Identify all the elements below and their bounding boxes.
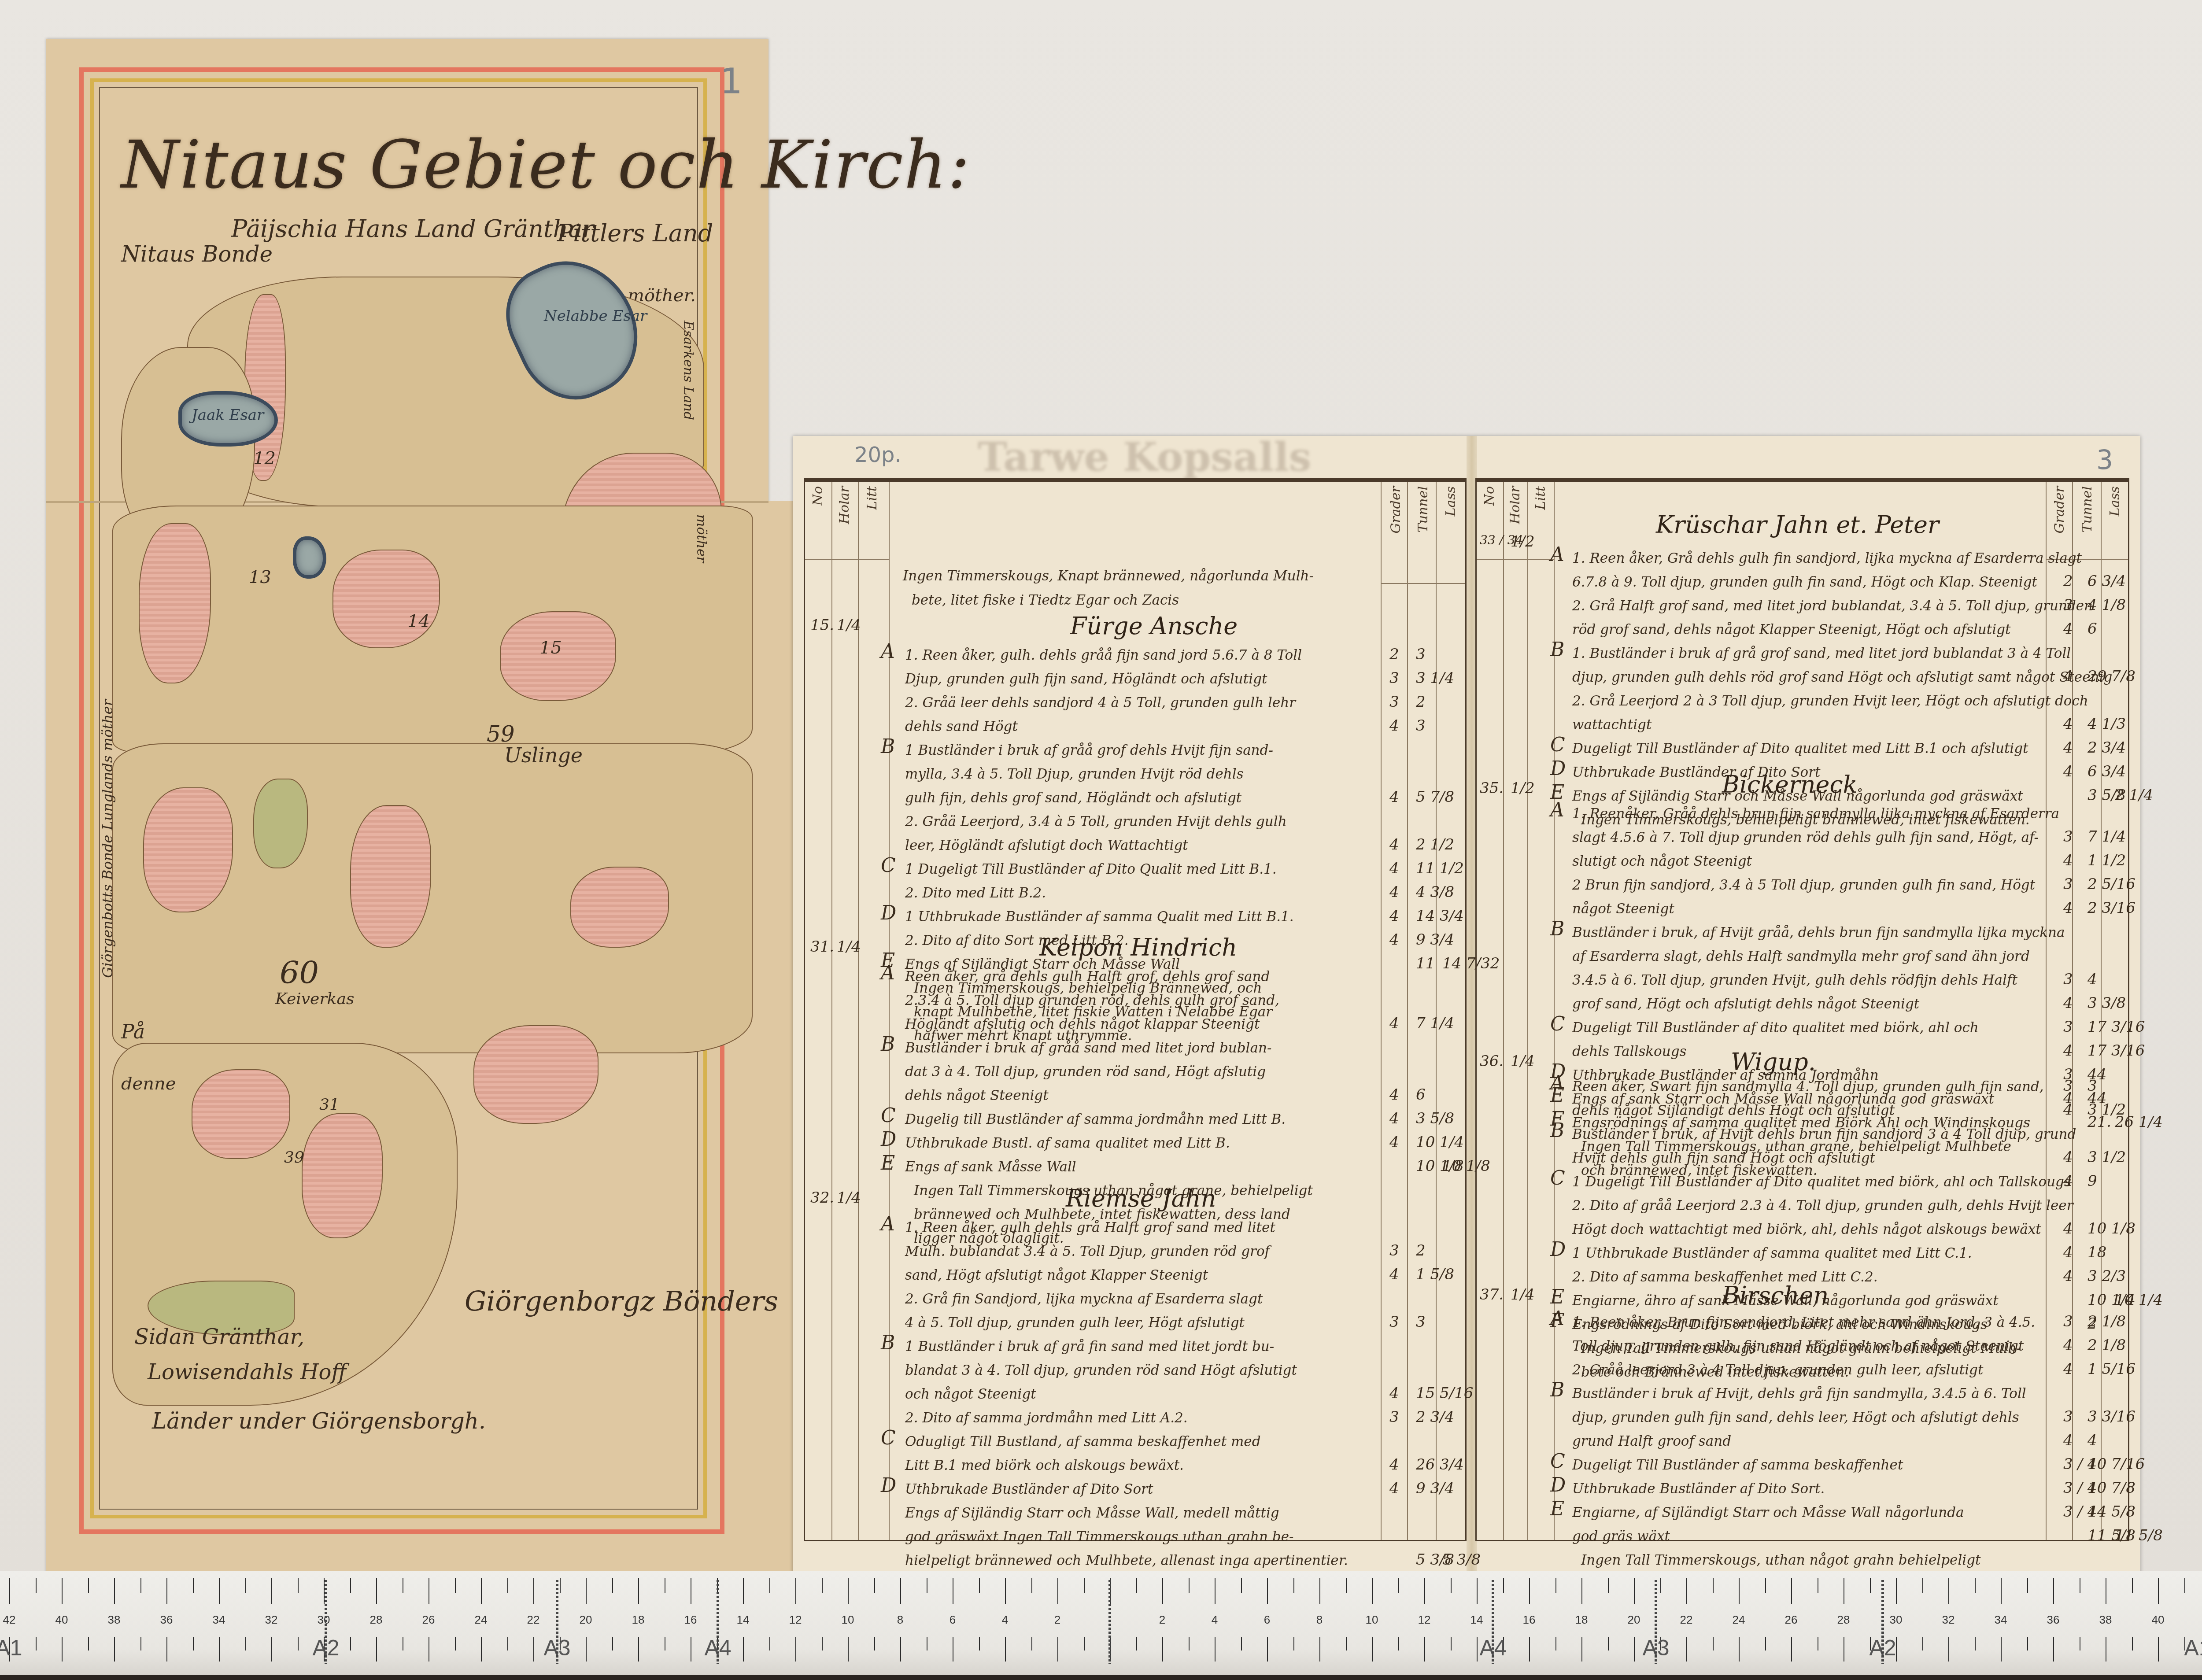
ruler-tick	[2158, 1578, 2159, 1604]
ruler-tick	[62, 1637, 63, 1662]
entry-line: 1 Bustländer i bruk af grå fin sand med …	[905, 1334, 1274, 1359]
entry-holar: 1/4	[837, 938, 861, 956]
litt-letter: E	[881, 1152, 895, 1174]
tunnel-value: 9	[2087, 1172, 2097, 1190]
grader-value: 4	[1389, 717, 1399, 735]
tunnel-value: 11 1/2	[1416, 860, 1464, 877]
ruler-tick	[560, 1578, 561, 1593]
ruler-tick-label: 20	[580, 1613, 592, 1627]
grader-value: 4	[2063, 852, 2073, 869]
ruler-tick-label: 14	[1470, 1613, 1483, 1627]
litt-letter: A	[1550, 799, 1564, 821]
ruler-tick	[2132, 1637, 2133, 1650]
ruler-tick	[1634, 1637, 1635, 1662]
tunnel-value: 11	[1416, 955, 1435, 972]
ruler-tick	[376, 1578, 377, 1604]
ruler-tick	[586, 1637, 587, 1662]
ruler-tick-label: 30	[1890, 1613, 1903, 1627]
ledger-spread: 20p. Tarwe Kopsalls No Holar Litt Grader…	[793, 436, 2140, 1577]
ruler-tick	[665, 1578, 665, 1593]
map-label-west-border: Giörgenbotts Bonde Lunglands möther	[99, 699, 116, 978]
ruler-tick	[507, 1578, 508, 1593]
grader-value: 4	[1389, 1110, 1399, 1127]
entry-line: 6.7.8 à 9. Toll djup, grunden gulh fin s…	[1572, 570, 2037, 594]
ruler-tick	[1922, 1578, 1923, 1593]
ruler-tick	[1346, 1578, 1347, 1593]
ruler-tick	[140, 1578, 141, 1593]
ruler-tick-label: 36	[2047, 1613, 2060, 1627]
ruler-tick-label: 38	[108, 1613, 121, 1627]
tunnel-value: 6	[1416, 1086, 1426, 1104]
section-title: Bickerneck	[1722, 771, 1857, 798]
ruler-tick-label: 24	[475, 1613, 488, 1627]
ruler-tick-label: 34	[1995, 1613, 2007, 1627]
entry-line: 2 Brun fijn sandjord, 3.4 à 5 Toll djup,…	[1572, 873, 2035, 897]
ruler-tick-label: 26	[422, 1613, 435, 1627]
section-title: Krüschar Jahn et. Peter	[1656, 511, 1939, 539]
pencil-page-number: 1	[720, 61, 743, 102]
ruler-tick	[2080, 1637, 2080, 1650]
entry-line: Uthbrukade Bustländer af Dito Sort	[905, 1477, 1153, 1502]
ruler-tick-label: 36	[160, 1613, 173, 1627]
tunnel-value: 7 1/4	[2087, 828, 2126, 846]
ruler-tick	[455, 1578, 456, 1593]
paper-size-marker	[556, 1580, 558, 1664]
grader-value: 4	[1389, 1015, 1399, 1032]
map-label-pa: På	[121, 1021, 145, 1043]
section-title: Keipon Hindrich	[1039, 934, 1237, 961]
ruler-center-marker	[1108, 1580, 1111, 1664]
ruler-tick	[1581, 1578, 1582, 1604]
entry-line: 2. Gråå leerjord 3 à 4 Toll djup, grunde…	[1572, 1358, 1983, 1382]
grader-value: 4	[2063, 994, 2073, 1012]
ruler-tick	[927, 1637, 927, 1650]
grader-value: 4	[1389, 931, 1399, 949]
map-number-60: 60	[280, 955, 319, 991]
ruler-tick-label: 32	[265, 1613, 278, 1627]
entry-line: 2. Gråä Leerjord, 3.4 à 5 Toll, grunden …	[905, 809, 1287, 834]
col-header-holar: Holar	[837, 486, 852, 524]
section-note: Ingen Tall Timmerskougs, uthan något gra…	[1581, 1548, 1981, 1573]
entry-no: 36.	[1480, 1052, 1504, 1070]
litt-letter: C	[1550, 1013, 1565, 1035]
ruler-tick	[1922, 1637, 1923, 1650]
ruler-tick	[507, 1637, 508, 1650]
ruler-tick-label: 40	[2152, 1613, 2165, 1627]
paper-size-marker	[325, 1580, 327, 1664]
map-label-lander: Länder under Giörgensborgh.	[152, 1408, 486, 1434]
entry-line: slagt 4.5.6 à 7. Toll djup grunden röd d…	[1572, 825, 2039, 850]
entry-line: gulh fijn, dehls grof sand, Högländt och…	[905, 786, 1241, 810]
ruler-tick	[245, 1578, 246, 1593]
ruler-tick	[2001, 1637, 2002, 1662]
map-label-60: Keiverkas	[275, 990, 354, 1008]
ruler-tick	[36, 1578, 37, 1593]
entry-line: dehls något Steenigt	[905, 1083, 1049, 1108]
entry-line: Toll djup, grunden gulh, fijn sand Höglä…	[1572, 1334, 2024, 1359]
entry-line: dehls sand Högt	[905, 714, 1018, 739]
ruler-tick-label: 28	[1837, 1613, 1850, 1627]
ruler-tick	[1503, 1578, 1504, 1593]
ruler-tick	[1765, 1578, 1766, 1593]
measuring-ruler: 4240383634323028262422201816141210864224…	[0, 1571, 2202, 1680]
entry-holar: 1/4	[837, 1189, 861, 1207]
ruler-tick-label: 4	[1002, 1613, 1008, 1627]
entry-no: 15.	[810, 617, 834, 634]
ruler-tick	[1451, 1578, 1452, 1593]
entry-line: 1. Reenåker, Gråå dehls brun fijn sandmy…	[1572, 801, 2059, 826]
ruler-tick	[1791, 1637, 1792, 1662]
ruler-tick-label: 34	[213, 1613, 225, 1627]
map-land-area	[112, 277, 751, 1422]
entry-no: 35.	[1480, 779, 1504, 797]
ruler-tick	[376, 1637, 377, 1662]
ruler-tick	[1005, 1637, 1006, 1662]
ruler-tick	[2053, 1637, 2054, 1662]
ruler-tick	[1477, 1637, 1478, 1662]
ruler-tick	[1529, 1637, 1530, 1662]
ruler-tick	[1555, 1578, 1556, 1593]
ruler-tick	[1660, 1578, 1661, 1593]
ruler-tick	[1713, 1578, 1714, 1593]
tunnel-value: 4 1/8	[2087, 596, 2126, 614]
paper-size-marker	[1655, 1580, 1657, 1664]
tunnel-value: 9 3/4	[1416, 1480, 1454, 1497]
grader-value: 4	[1389, 1480, 1399, 1497]
pond	[293, 536, 326, 579]
ruler-tick	[1319, 1637, 1320, 1662]
ruler-tick	[403, 1578, 403, 1593]
ruler-tick	[429, 1637, 429, 1662]
tunnel-value: 3	[1416, 1313, 1426, 1331]
ruler-tick	[114, 1637, 115, 1662]
ruler-tick	[953, 1637, 953, 1662]
litt-letter: B	[1550, 639, 1564, 661]
tunnel-value: 14 5/8	[2087, 1503, 2135, 1521]
ruler-tick	[638, 1637, 639, 1662]
map-label-giorgenborg: Giörgenborgz Bönders	[465, 1285, 778, 1317]
grader-value: 3	[2063, 828, 2073, 846]
ruler-tick	[691, 1637, 691, 1662]
map-number-12: 12	[253, 448, 276, 469]
tunnel-value: 3 1/2	[2087, 1101, 2126, 1119]
entry-line: dehls något Sijländigt dehls Högt och af…	[1572, 1098, 1895, 1123]
entry-line: grund Halft groof sand	[1572, 1429, 1731, 1454]
tunnel-value: 3 1/2	[2087, 1148, 2126, 1166]
entry-line: 2. Gråä leer dehls sandjord 4 à 5 Toll, …	[905, 690, 1296, 715]
ruler-tick-label: 30	[318, 1613, 330, 1627]
ruler-tick-label: 32	[1942, 1613, 1955, 1627]
ruler-tick	[166, 1578, 167, 1604]
ruler-tick	[1057, 1578, 1058, 1604]
ruler-tick-label: 28	[370, 1613, 383, 1627]
ruler-tick	[1189, 1637, 1190, 1650]
ruler-tick-label: 8	[897, 1613, 903, 1627]
tunnel-value: 29 7/8	[2087, 668, 2135, 685]
ruler-tick	[1215, 1578, 1216, 1604]
ruler-tick	[1136, 1637, 1137, 1650]
ruler-tick	[1241, 1578, 1242, 1593]
litt-letter: C	[1550, 1450, 1565, 1473]
tunnel-value: 6 3/4	[2087, 763, 2126, 780]
ruler-tick	[114, 1578, 115, 1604]
grader-value: 4	[2063, 1042, 2073, 1060]
ruler-tick	[927, 1578, 927, 1593]
col-header-lass: Lass	[2107, 486, 2123, 517]
ruler-tick	[36, 1637, 37, 1650]
entry-line: wattachtigt	[1572, 713, 1651, 737]
ruler-tick	[193, 1637, 194, 1650]
ruler-tick	[403, 1637, 403, 1650]
grader-value: 4	[2063, 739, 2073, 757]
ruler-tick	[1293, 1637, 1294, 1650]
tunnel-value: 3 3/8	[2087, 994, 2126, 1012]
grader-value: 3	[1389, 1242, 1399, 1259]
ruler-tick	[1948, 1637, 1949, 1662]
entry-line: 1. Reen åker, gulh. dehls gråå fijn sand…	[905, 643, 1302, 668]
entry-line: Uthbrukade Bustländer af Dito Sort.	[1572, 1477, 1825, 1501]
ruler-tick	[1765, 1637, 1766, 1650]
ruler-tick	[1818, 1578, 1818, 1593]
grader-value: 4	[2063, 1148, 2073, 1166]
map-number-14: 14	[407, 611, 430, 631]
ruler-tick	[62, 1578, 63, 1604]
tunnel-value: 4 3/8	[1416, 883, 1454, 901]
entry-line: 4 à 5. Toll djup, grunden gulh leer, Hög…	[905, 1311, 1245, 1335]
ruler-tick	[1477, 1578, 1478, 1604]
tunnel-value: 18	[2087, 1244, 2106, 1261]
litt-letter: A	[881, 640, 895, 663]
paper-size-marker	[1881, 1580, 1884, 1664]
entry-line: 1 Dugeligt Till Bustländer af Dito quali…	[1572, 1170, 2071, 1194]
litt-letter: A	[881, 1213, 895, 1235]
tunnel-value: 2 1/2	[1416, 836, 1454, 853]
entry-line: något Steenigt	[1572, 897, 1674, 921]
entry-line: Odugligt Till Bustland, af samma beskaff…	[905, 1429, 1261, 1454]
litt-letter: C	[1550, 734, 1565, 756]
map-label-nitaus-bonde: Nitaus Bonde	[121, 241, 273, 267]
map-label-59: Uslinge	[504, 743, 583, 767]
tunnel-value: 2 1/8	[2087, 1313, 2126, 1330]
col-header-tunnel: Tunnel	[1415, 486, 1431, 532]
litt-letter: E	[1550, 1498, 1564, 1520]
ruler-tick	[1215, 1637, 1216, 1662]
ruler-tick-label: 12	[1418, 1613, 1431, 1627]
ruler-tick	[612, 1637, 613, 1650]
ruler-tick	[979, 1637, 980, 1650]
col-header-no: No	[1482, 486, 1497, 506]
tunnel-value: 3 5/8	[1416, 1110, 1454, 1127]
grader-value: 2	[2063, 572, 2073, 590]
entry-line: dat 3 à 4. Toll djup, grunden röd sand, …	[905, 1060, 1266, 1084]
entry-line: Högländt afslutig och dehls något klappa…	[905, 1012, 1260, 1037]
ruler-tick	[350, 1637, 351, 1650]
litt-letter: D	[881, 1474, 896, 1497]
lass-value: 11 5/8	[2115, 1527, 2163, 1544]
ruler-tick	[88, 1637, 89, 1650]
ruler-tick	[2106, 1578, 2106, 1604]
entry-line: och något Steenigt	[905, 1382, 1036, 1407]
map-sheet: 1 Nitaus Gebiet och Kirch: Päijschia Han…	[46, 39, 768, 1576]
ruler-tick	[271, 1637, 272, 1662]
map-label-denne: denne	[121, 1074, 176, 1094]
litt-letter: B	[881, 1332, 895, 1354]
litt-letter: A	[1550, 1072, 1564, 1094]
ruler-tick	[1870, 1578, 1871, 1593]
lake-label-large: Nelabbe Esar	[544, 307, 647, 325]
ruler-tick	[586, 1578, 587, 1604]
paper-size-marker	[717, 1580, 719, 1664]
litt-letter: D	[1550, 1474, 1566, 1496]
ruler-tick	[1136, 1578, 1137, 1593]
entry-line: mylla, 3.4 à 5. Toll Djup, grunden Hvijt…	[905, 762, 1244, 786]
entry-line: Litt B.1 med biörk och alskougs bewäxt.	[905, 1453, 1184, 1478]
entry-line: blandat 3 à 4. Toll djup, grunden röd sa…	[905, 1358, 1297, 1383]
lass-value: 10 1/4	[2115, 1291, 2163, 1309]
ruler-tick	[193, 1578, 194, 1593]
grader-value: 4	[1389, 788, 1399, 806]
section-title: Fürge Ansche	[1070, 612, 1238, 640]
ruler-tick	[743, 1637, 744, 1662]
ruler-tick	[900, 1637, 901, 1662]
grader-value: 4	[1389, 1385, 1399, 1402]
ruler-tick-label: 18	[1575, 1613, 1588, 1627]
map-number-15: 15	[539, 638, 562, 658]
ruler-tick	[2106, 1637, 2106, 1662]
paper-size-label: A1	[2184, 1635, 2202, 1661]
ruler-tick	[1844, 1578, 1844, 1604]
ruler-tick	[1424, 1578, 1425, 1604]
litt-letter: D	[1550, 1238, 1566, 1261]
ruler-tick	[2158, 1637, 2159, 1662]
pencil-page-number-right: 3	[2096, 445, 2113, 476]
ruler-tick	[481, 1578, 482, 1604]
entry-line: 3.4.5 à 6. Toll djup, grunden Hvijt, gul…	[1572, 968, 2017, 993]
ruler-tick	[2027, 1578, 2028, 1593]
ruler-tick	[1975, 1637, 1976, 1650]
ruler-tick	[848, 1637, 849, 1662]
ruler-tick	[1293, 1578, 1294, 1593]
ruler-tick	[1608, 1637, 1609, 1650]
entry-line: Reen åker, Swart fijn sandmylla 4. Toll …	[1572, 1074, 2044, 1099]
ruler-tick-label: 18	[632, 1613, 645, 1627]
ruler-tick	[1084, 1637, 1085, 1650]
entry-line: Engiarne, af Sijländigt Starr och Måsse …	[1572, 1500, 1964, 1525]
ruler-tick	[848, 1578, 849, 1604]
ruler-tick	[1398, 1637, 1399, 1650]
grader-value: 3	[2063, 1077, 2073, 1095]
entry-line: hielpeligt brännewed och Mulhbete, allen…	[905, 1548, 1348, 1573]
ruler-tick	[769, 1578, 770, 1593]
tunnel-value: 3 1/4	[1416, 669, 1454, 687]
entry-line: röd grof sand, dehls något Klapper Steen…	[1572, 617, 2011, 642]
entry-line: Bustländer i bruk af gråå sand med litet…	[905, 1036, 1271, 1060]
entry-line: slutigt och något Steenigt	[1572, 849, 1752, 874]
ruler-tick	[795, 1637, 796, 1662]
entry-line: 2. Dito af samma jordmåhn med Litt A.2.	[905, 1406, 1188, 1430]
ruler-tick	[455, 1637, 456, 1650]
ruler-tick	[481, 1637, 482, 1662]
grader-value: 3	[2063, 1018, 2073, 1036]
ruler-tick	[1372, 1578, 1373, 1604]
ruler-tick	[1398, 1578, 1399, 1593]
entry-line: Reen åker, grå dehls gulh Halft grof, de…	[905, 964, 1270, 989]
ruler-tick	[219, 1578, 220, 1604]
litt-letter: B	[1550, 1119, 1564, 1142]
section-title: Birschen	[1722, 1281, 1829, 1309]
ruler-tick	[1372, 1637, 1373, 1662]
ruler-tick	[219, 1637, 220, 1662]
col-header-grader: Grader	[1388, 486, 1404, 534]
entry-line: Bustländer i bruk af Hvijt, dehls grå fi…	[1572, 1381, 2026, 1406]
tunnel-value: 3 2/3	[2087, 1267, 2126, 1285]
ruler-tick-label: 16	[684, 1613, 697, 1627]
ruler-tick	[1713, 1637, 1714, 1650]
section-title: Riemse Jahn	[1066, 1185, 1216, 1212]
ruler-tick	[822, 1637, 823, 1650]
ruler-tick-label: 12	[789, 1613, 802, 1627]
ruler-tick	[979, 1578, 980, 1593]
ruler-tick	[1818, 1637, 1818, 1650]
ruler-tick-label: 10	[1366, 1613, 1378, 1627]
entry-line: Hvijt dehls gulh fijn sand Högt och afsl…	[1572, 1146, 1875, 1170]
ruler-tick	[88, 1578, 89, 1593]
grader-value: 3	[2063, 1408, 2073, 1425]
grader-value: 4	[2063, 1244, 2073, 1261]
tunnel-value: 4	[2087, 1432, 2097, 1449]
ruler-tick	[1005, 1578, 1006, 1604]
section-title: Wigup.	[1731, 1048, 1816, 1076]
grader-value: 4	[2063, 1337, 2073, 1354]
ruler-tick	[271, 1578, 272, 1604]
tunnel-value: 10 1/4	[1416, 1134, 1464, 1151]
entry-line: 1 Dugeligt Till Bustländer af Dito Quali…	[905, 857, 1277, 882]
ledger-left-page: 20p. Tarwe Kopsalls No Holar Litt Grader…	[793, 436, 1471, 1577]
paper-size-label: A1	[0, 1635, 22, 1661]
ruler-tick-label: 6	[1264, 1613, 1270, 1627]
map-label-mother-right: möther	[694, 514, 709, 563]
entry-line: Dugeligt Till Bustländer af dito qualite…	[1572, 1015, 1979, 1040]
ruler-tick	[2001, 1578, 2002, 1604]
map-label-esarkens: Esarkens Land	[680, 321, 696, 420]
tunnel-value: 15 5/16	[1416, 1385, 1473, 1402]
tunnel-value: 17 3/16	[2087, 1042, 2145, 1060]
grader-value: 4	[2063, 899, 2073, 917]
ruler-tick	[1686, 1578, 1687, 1604]
tunnel-value: 10 7/16	[2087, 1455, 2145, 1473]
entry-line: 1. Reen åker, gulh dehls grå Halft grof …	[905, 1215, 1275, 1240]
map-label-border-left: Päijschia Hans Land Gränthar	[231, 215, 594, 243]
entry-line: leer, Högländt afslutigt doch Wattachtig…	[905, 833, 1188, 858]
litt-letter: D	[881, 1128, 896, 1151]
ruler-tick-label: 8	[1316, 1613, 1323, 1627]
ruler-tick	[429, 1578, 429, 1604]
grader-value: 4	[1389, 860, 1399, 877]
entry-line: Bustländer i bruk, af Hvijt gråå, dehls …	[1572, 920, 2065, 945]
ruler-tick-label: 38	[2099, 1613, 2112, 1627]
grader-value: 3	[1389, 669, 1399, 687]
litt-letter: C	[881, 1427, 896, 1449]
entry-line: djup, grunden gulh dehls röd grof sand H…	[1572, 665, 2112, 690]
grader-value: 4	[2063, 1220, 2073, 1237]
litt-letter: C	[881, 1104, 896, 1127]
ruler-tick-label: 10	[842, 1613, 854, 1627]
tunnel-value: 1 1/2	[2087, 852, 2126, 869]
grader-value: 4	[2063, 1101, 2073, 1119]
entry-line: 2. Dito med Litt B.2.	[905, 881, 1046, 905]
ruler-tick	[2053, 1578, 2054, 1604]
entry-line: dehls Tallskougs	[1572, 1039, 1687, 1064]
